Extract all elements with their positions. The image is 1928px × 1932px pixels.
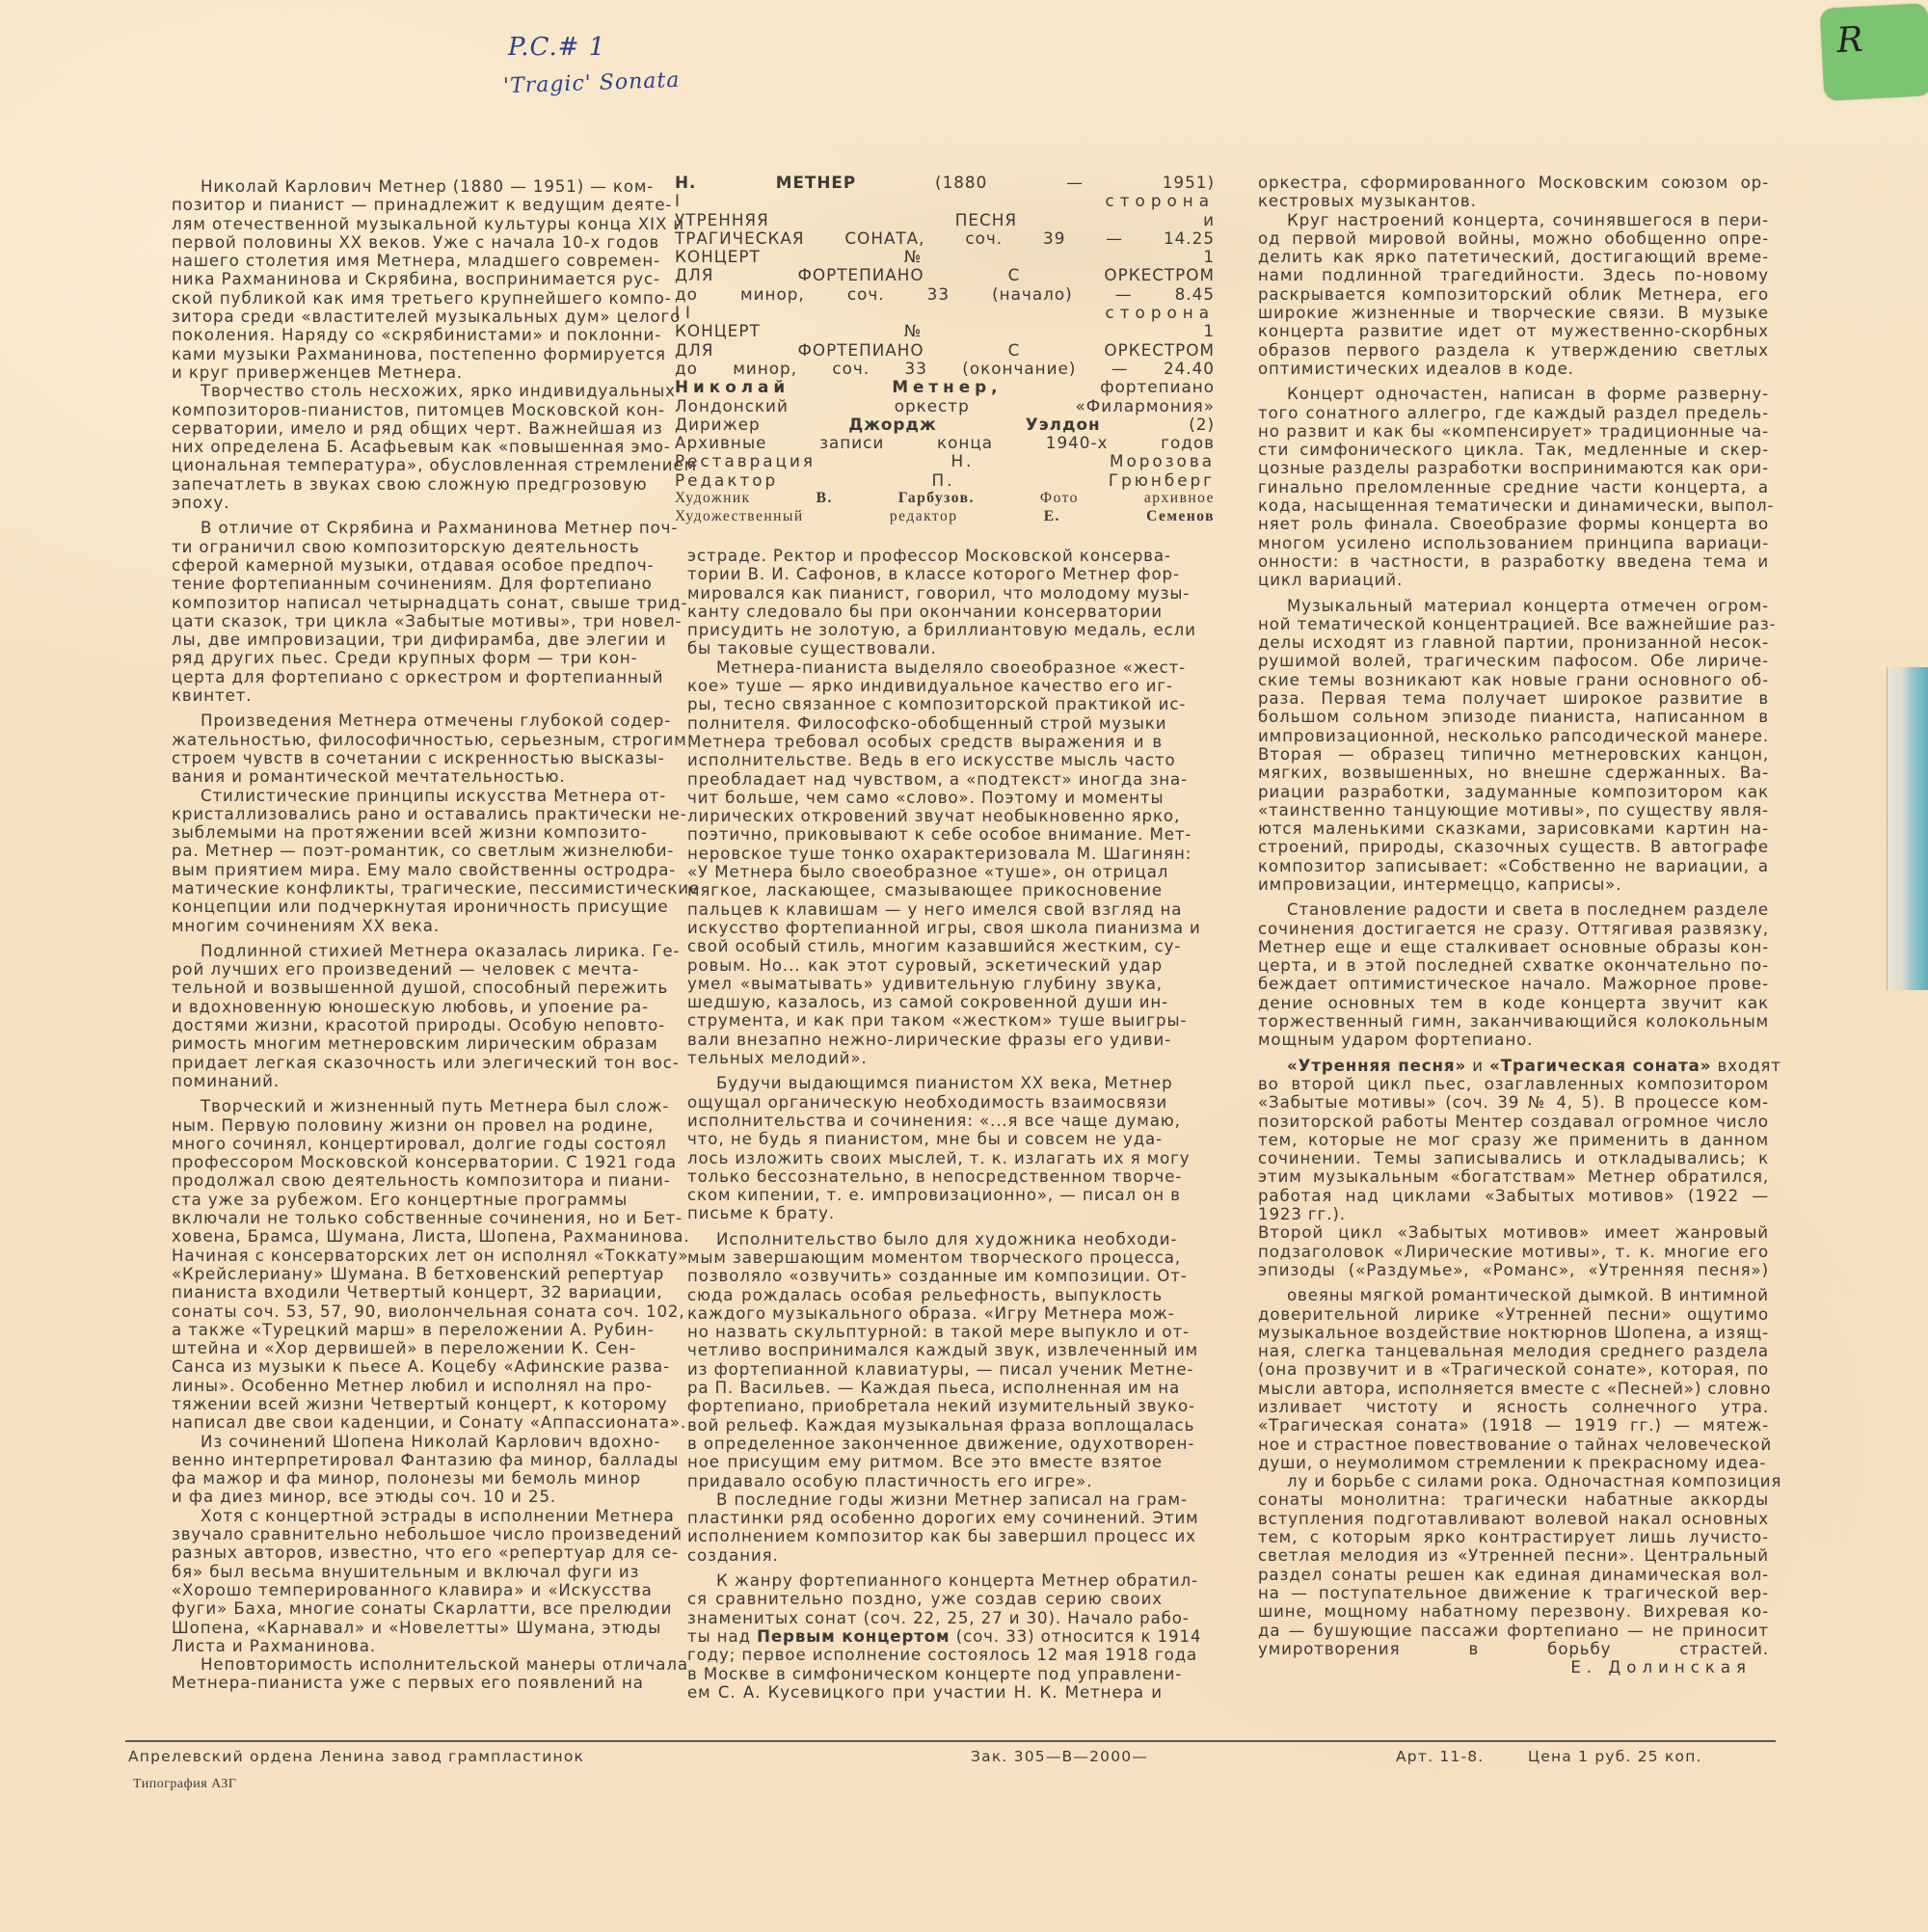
text-line: делы исходят из главной партии, пронизан… — [1258, 633, 1769, 652]
text-line: поэтично, приковывают к себе особое вним… — [687, 825, 1163, 844]
text-line: мощным ударом фортепиано. — [1258, 1031, 1769, 1049]
track-listing: Н. МЕТНЕР (1880 — 1951) I сторона УТРЕНН… — [675, 174, 1215, 527]
text-line: позволяло «озвучить» созданные им композ… — [687, 1267, 1163, 1285]
paragraph-gap — [1258, 1279, 1769, 1286]
text-line: ем С. А. Кусевицкого при участии Н. К. М… — [687, 1683, 1163, 1702]
text-line: ной тематической концентрацией. Все важн… — [1258, 615, 1769, 633]
editor-credit: Редактор П. Грюнберг — [675, 471, 1215, 490]
text-line: сферой камерной музыки, отдавая особое п… — [172, 556, 625, 575]
text-line: тение фортепианным сочинениям. Для форте… — [172, 575, 625, 593]
text-line: знаменитых сонат (соч. 22, 25, 27 и 30).… — [687, 1609, 1163, 1627]
art-editor-label: Художественный редактор — [675, 508, 1044, 524]
text-line: ряд других пьес. Среди крупных форм — тр… — [172, 649, 625, 667]
bold-phrase: «Утренняя песня» — [1287, 1057, 1466, 1075]
text-line: но назвать скульптурной: в такой мере вы… — [687, 1323, 1163, 1341]
text-line: ры, тесно связанное с композиторской пра… — [687, 695, 1163, 713]
text-line: серватории, имело и ряд общих черт. Важн… — [172, 419, 625, 438]
text-line: Листа и Рахманинова. — [172, 1637, 625, 1655]
text-line: сонаты монолитна: трагически набатные ак… — [1258, 1490, 1769, 1509]
tape-strip — [1887, 667, 1928, 990]
text-line: лям отечественной музыкальной культуры к… — [172, 215, 625, 233]
text-line: ском кипении, т. е. импровизационно», — … — [687, 1186, 1163, 1204]
text-line: К жанру фортепианного концерта Метнер об… — [687, 1571, 1163, 1590]
handwritten-note-pc1: P.C.# 1 — [508, 33, 605, 62]
text-line: души, о неумолимом стремлении к прекрасн… — [1258, 1454, 1769, 1472]
text-line: сонаты соч. 53, 57, 90, виолончельная со… — [172, 1302, 625, 1321]
text-line: ра. Метнер — поэт-романтик, со светлым ж… — [172, 842, 625, 860]
text-line: Шопена, «Карнавал» и «Новелетты» Шумана,… — [172, 1619, 625, 1637]
text-line: них определена Б. Асафьевым как «повышен… — [172, 438, 625, 456]
text-line: исполнительства и сочинения: «...я все ч… — [687, 1112, 1163, 1130]
text-line: во второй цикл пьес, озаглавленных компо… — [1258, 1075, 1769, 1093]
text-line: создания. — [687, 1546, 1163, 1565]
text-line: римость многим метнеровским лирическим о… — [172, 1034, 625, 1053]
text-line: пластинки ряд особенно дорогих ему сочин… — [687, 1509, 1163, 1527]
text-line: овеяны мягкой романтической дымкой. В ин… — [1258, 1286, 1769, 1304]
conductor-credit: Дирижер Джордж Уэлдон (2) — [675, 416, 1215, 434]
text-line: зитора среди «властителей музыкальных ду… — [172, 308, 625, 326]
paragraph-gap — [687, 1565, 1163, 1571]
artist-suffix: Фото архивное — [975, 490, 1215, 506]
text-line: написал две свои каденции, и Сонату «Апп… — [172, 1413, 625, 1432]
text-line: Неповторимость исполнительской манеры от… — [172, 1655, 625, 1674]
text-line: 1923 гг.). — [1258, 1205, 1769, 1223]
text-line: Становление радости и света в последнем … — [1258, 900, 1769, 919]
text-line: фа мажор и фа минор, полонезы ми бемоль … — [172, 1469, 625, 1488]
text-line: достями жизни, красотой природы. Особую … — [172, 1016, 625, 1034]
text-line: подзаголовок «Лирические мотивы», т. к. … — [1258, 1243, 1769, 1261]
text-line: разных авторов, известно, что его «репер… — [172, 1543, 625, 1562]
text-line: большом сольном эпизоде пианиста, написа… — [1258, 708, 1769, 726]
paragraph-gap — [687, 1223, 1163, 1230]
sticker-label: R — [1835, 20, 1863, 61]
paragraph-gap — [687, 1067, 1163, 1074]
text-line: что, не будь я пианистом, мне бы и совсе… — [687, 1130, 1163, 1148]
text-line: на — поступательное движение к трагическ… — [1258, 1584, 1769, 1602]
text-line: Метнера-пианиста выделяло своеобразное «… — [687, 658, 1163, 677]
text-line: и круг приверженцев Метнера. — [172, 363, 625, 382]
text-line: ное и страстное повествование о тайнах ч… — [1258, 1436, 1769, 1454]
text-line: эпоху. — [172, 494, 625, 512]
text-line: умиротворения в борьбу страстей. — [1258, 1640, 1769, 1658]
text-line: ховена, Брамса, Шумана, Листа, Шопена, Р… — [172, 1227, 625, 1246]
text-line: лирических откровений звучат необыкновен… — [687, 807, 1163, 825]
text-line: позитор и пианист — принадлежит к ведущи… — [172, 196, 625, 214]
performer-name: Николай Метнер, — [675, 377, 1003, 396]
text-line: тельной и возвышенной душой, способный п… — [172, 979, 625, 997]
text-line: много сочинял, концертировал, долгие год… — [172, 1135, 625, 1153]
conductor-label: Дирижер — [675, 415, 848, 434]
text-line: запечатлеть в звуках свою сложную предгр… — [172, 475, 625, 494]
text-line: раздел сонаты решен как единая динамичес… — [1258, 1566, 1769, 1584]
text-line: первой половины XX веков. Уже с начала 1… — [172, 233, 625, 252]
text-line: строений, природы, сказочных существ. В … — [1258, 838, 1769, 856]
text-line: да — бушующие пассажи фортепиано — не пр… — [1258, 1622, 1769, 1640]
author-signature: Е. Долинская — [1258, 1658, 1769, 1677]
text-line: мировался как пианист, говорил, что моло… — [687, 584, 1163, 603]
text-line: Хотя с концертной эстрады в исполнении М… — [172, 1507, 625, 1525]
text-line: ное присущим ему ритмом. Все это вместе … — [687, 1453, 1163, 1471]
text-line: нашего столетия имя Метнера, младшего со… — [172, 252, 625, 270]
printer-label: Типография АЗГ — [133, 1777, 237, 1792]
text-line: оптимистических идеалов в коде. — [1258, 360, 1769, 378]
text-line: рушимой волей, трагическим пафосом. Обе … — [1258, 652, 1769, 670]
text-line: канту следовало бы при окончании консерв… — [687, 603, 1163, 621]
text-line: музыкальное воздействие ноктюрнов Шопена… — [1258, 1324, 1769, 1342]
text-line: в Москве в симфоническом концерте под уп… — [687, 1665, 1163, 1683]
text-line: концерта развитие идет от мужественно-ск… — [1258, 322, 1769, 340]
text-line: риации разработки, задуманные композитор… — [1258, 783, 1769, 801]
text-line: сочинении. Темы записывались и откладыва… — [1258, 1149, 1769, 1167]
text-line: ской публикой как имя третьего крупнейше… — [172, 289, 625, 308]
side1-track2-line2: ДЛЯ ФОРТЕПИАНО С ОРКЕСТРОМ — [675, 266, 1215, 284]
text-line: образов первого раздела к утверждению св… — [1258, 341, 1769, 360]
text-line: тельных мелодий». — [687, 1049, 1163, 1067]
text-line: светлая мелодия из «Утренней песни». Цен… — [1258, 1546, 1769, 1565]
text-line: тем, с которым ярко контрастирует лишь л… — [1258, 1528, 1769, 1546]
text-line: В отличие от Скрябина и Рахманинова Метн… — [172, 519, 625, 537]
article-number: Арт. 11-8. — [1396, 1748, 1484, 1765]
text-line: эпизоды («Раздумье», «Романс», «Утренняя… — [1258, 1261, 1769, 1279]
text-line: ста уже за рубежом. Его концертные прогр… — [172, 1191, 625, 1209]
text-line: «таинственно танцующие мотивы», по сущес… — [1258, 801, 1769, 819]
text-line: Подлинной стихией Метнера оказалась лири… — [172, 942, 625, 960]
text-line: Творческий и жизненный путь Метнера был … — [172, 1097, 625, 1115]
text-line: цати сказок, три цикла «Забытые мотивы»,… — [172, 612, 625, 631]
text-line: чит больше, чем само «слово». Поэтому и … — [687, 789, 1163, 807]
artist-label: Художник — [675, 490, 817, 506]
text-line: композиторов-пианистов, питомцев Московс… — [172, 401, 625, 419]
composer-years: (1880 — 1951) — [856, 173, 1215, 192]
text-line: ника Рахманинова и Скрябина, воспринимае… — [172, 270, 625, 288]
text-line: сти симфонического цикла. Так, медленные… — [1258, 441, 1769, 459]
text-line: матические конфликты, трагические, песси… — [172, 879, 625, 898]
paragraph-gap — [1258, 378, 1769, 385]
text-line: композитор записывает: «Собственно не ва… — [1258, 857, 1769, 875]
conductor-name: Джордж Уэлдон — [848, 415, 1100, 434]
text-line: но развит и как бы «компенсирует» традиц… — [1258, 422, 1769, 441]
text-line: мысли автора, исполняется вместе с «Песн… — [1258, 1380, 1769, 1398]
text-line: исполнительстве. Ведь в его искусстве мы… — [687, 751, 1163, 769]
paragraph-gap — [1258, 590, 1769, 597]
text-line: вания и романтической мечтательностью. — [172, 767, 625, 786]
text-line: ным. Первую половину жизни он провел на … — [172, 1116, 625, 1135]
text-line: зыблемыми на протяжении всей жизни компо… — [172, 823, 625, 842]
text-line: умел «выматывать» удивительную глубину з… — [687, 975, 1163, 993]
text-line: «У Метнера было своеобразное «туше», он … — [687, 863, 1163, 881]
text-line: лу и борьбе с силами рока. Одночастная к… — [1258, 1472, 1769, 1490]
publisher-label: Апрелевский ордена Ленина завод грамплас… — [128, 1748, 584, 1765]
text-line: ощущал органическую необходимость взаимо… — [687, 1093, 1163, 1112]
text-line: гинально преломленные средние части конц… — [1258, 478, 1769, 496]
text-line: поколения. Наряду со «скрябинистами» и п… — [172, 326, 625, 344]
text-line: кода, насыщенная тематически и динамичес… — [1258, 496, 1769, 515]
text-line: Метнера требовал особых средств выражени… — [687, 733, 1163, 751]
text-line: циональная температура», обусловленная с… — [172, 456, 625, 474]
text-line: полнителя. Философско-обобщенный строй м… — [687, 714, 1163, 733]
text-line: концепции или подчеркнутая ироничность п… — [172, 898, 625, 916]
text-line: вой рельеф. Каждая музыкальная фраза воп… — [687, 1416, 1163, 1435]
text-line: струмента, и как при таком «жестком» туш… — [687, 1011, 1163, 1030]
text-line: лось изложить своих мыслей, т. к. излага… — [687, 1149, 1163, 1167]
text-line: и фа диез минор, все этюды соч. 10 и 25. — [172, 1488, 625, 1506]
text-line: вступления подготавливают волевой накал … — [1258, 1510, 1769, 1528]
text-line: в определенное законченное движение, оду… — [687, 1435, 1163, 1453]
text-line: ские темы возникают как новые грани осно… — [1258, 671, 1769, 689]
text-line: ная, слегка танцевальная мелодия среднег… — [1258, 1342, 1769, 1360]
text-fragment: и — [1466, 1057, 1489, 1075]
text-line: ками музыки Рахманинова, постепенно форм… — [172, 345, 625, 363]
text-line: доверительной лирике «Утренней песни» ощ… — [1258, 1305, 1769, 1324]
text-line: (она прозвучит и в «Трагической сонате»,… — [1258, 1360, 1769, 1379]
side1-track1-line1: УТРЕННЯЯ ПЕСНЯ и — [675, 211, 1215, 229]
text-line: Вторая — образец типично метнеровских ка… — [1258, 745, 1769, 764]
restoration-credit: Реставрация Н. Морозова — [675, 452, 1215, 470]
text-line: преобладает над чувством, а «подтекст» и… — [687, 770, 1163, 789]
side1-track2-line1: КОНЦЕРТ № 1 — [675, 248, 1215, 266]
text-line: квинтет. — [172, 686, 625, 705]
green-sticker: R — [1820, 3, 1928, 101]
performer-role: фортепиано — [1003, 377, 1216, 396]
text-line: звучало сравнительно небольшое число про… — [172, 1525, 625, 1543]
side2-track1-line3: до минор, соч. 33 (окончание) — 24.40 — [675, 360, 1215, 378]
text-line: широкие жизненные и творческие связи. В … — [1258, 304, 1769, 322]
text-line: Метнер еще и еще сталкивает основные обр… — [1258, 938, 1769, 956]
text-line: тяжении всей жизни Четвертый концерт, к … — [172, 1395, 625, 1413]
artist-credit: Художник В. Гарбузов. Фото архивное — [675, 490, 1215, 508]
text-line: штейна и «Хор дервишей» в переложении К.… — [172, 1339, 625, 1357]
text-line: включали не только собственные сочинения… — [172, 1209, 625, 1227]
text-line: тории В. И. Сафонов, в классе которого М… — [687, 565, 1163, 583]
text-line: лины». Особенно Метнер любил и исполнял … — [172, 1377, 625, 1395]
text-line: изливает чистоту и ясность солнечного ут… — [1258, 1398, 1769, 1416]
text-line: неровское туше тонко охарактеризовала М.… — [687, 845, 1163, 863]
text-line: Стилистические принципы искусства Метнер… — [172, 787, 625, 805]
text-line: импровизации, интермеццо, каприсы». — [1258, 875, 1769, 894]
text-line: оркестра, сформированного Московским сою… — [1258, 174, 1769, 192]
text-line: церта, и в этой последней схватке оконча… — [1258, 956, 1769, 975]
text-line: мягких, возвышенных, но внешне сдержанны… — [1258, 764, 1769, 782]
text-line: «Трагическая соната» (1918 — 1919 гг.) —… — [1258, 1416, 1769, 1435]
text-line: работая над циклами «Забытых мотивов» (1… — [1258, 1187, 1769, 1205]
text-line: жательностью, философичностью, серьезным… — [172, 731, 625, 749]
text-line: композитор написал четырнадцать сонат, с… — [172, 594, 625, 612]
left-text-column: Николай Карлович Метнер (1880 — 1951) — … — [172, 177, 625, 1693]
paragraph-gap — [1258, 1050, 1769, 1057]
text-line: Произведения Метнера отмечены глубокой с… — [172, 711, 625, 730]
bold-phrase: «Трагическая соната» — [1489, 1057, 1711, 1075]
text-line: а также «Турецкий марш» в переложении А.… — [172, 1321, 625, 1339]
text-line: лы, две импровизации, три дифирамба, две… — [172, 631, 625, 649]
text-line: позиторской работы Ментер создавал огром… — [1258, 1113, 1769, 1131]
text-line: пианиста входили Четвертый концерт, 32 в… — [172, 1283, 625, 1301]
text-line: сочинения достигается не сразу. Оттягива… — [1258, 920, 1769, 938]
text-line: Второй цикл «Забытых мотивов» имеет жанр… — [1258, 1223, 1769, 1242]
text-line: рой лучших его произведений — человек с … — [172, 960, 625, 979]
text-line: Будучи выдающимся пианистом XX века, Мет… — [687, 1074, 1163, 1092]
text-line: придавало особую пластичность его игре». — [687, 1472, 1163, 1490]
text-line: Исполнительство было для художника необх… — [687, 1230, 1163, 1248]
text-line: этим музыкальным «богатствам» Метнер обр… — [1258, 1167, 1769, 1186]
text-line: многим сочинениям XX века. — [172, 917, 625, 935]
text-line: мягкое, ласкающее, смазывающее прикоснов… — [687, 881, 1163, 899]
text-line: из фортепианной клавиатуры, — писал учен… — [687, 1360, 1163, 1379]
text-line: ра П. Васильев. — Каждая пьеса, исполнен… — [687, 1379, 1163, 1397]
conductor-suffix: (2) — [1101, 415, 1215, 434]
text-line: мым завершающим моментом творческого про… — [687, 1248, 1163, 1267]
text-line: фуги» Баха, многие сонаты Скарлатти, все… — [172, 1599, 625, 1618]
text-line: письме к брату. — [687, 1204, 1163, 1222]
footer-divider — [125, 1740, 1776, 1742]
text-line: вали внезапно нежно-лирические фразы его… — [687, 1031, 1163, 1049]
text-line: «Крейслериану» Шумана. В бетховенский ре… — [172, 1265, 625, 1283]
text-line: нами подлинной трагедийности. Здесь по-н… — [1258, 266, 1769, 284]
text-line: вым приятием мира. Ему мало свойственны … — [172, 861, 625, 879]
text-line: Начиная с консерваторских лет он исполня… — [172, 1247, 625, 1265]
text-line: свой особый стиль, многим казавшийся жес… — [687, 937, 1163, 955]
text-line: только бессознательно, в непосредственно… — [687, 1167, 1163, 1186]
text-fragment: ты над — [687, 1627, 757, 1646]
handwritten-note-tragic-sonata: 'Tragic' Sonata — [503, 68, 681, 98]
text-line: бы таковые существовали. — [687, 639, 1163, 657]
middle-text-column: эстраде. Ректор и профессор Московской к… — [687, 547, 1163, 1702]
text-line: беждает оптимистическое начало. Мажорное… — [1258, 975, 1769, 993]
orchestra-credit: Лондонский оркестр «Филармония» — [675, 397, 1215, 416]
price-label: Цена 1 руб. 25 коп. — [1528, 1748, 1702, 1765]
text-line: Из сочинений Шопена Николай Карлович вдо… — [172, 1433, 625, 1451]
text-fragment: (соч. 33) относится к 1914 — [951, 1627, 1202, 1646]
text-line: цозные разделы разработки воспринимаются… — [1258, 459, 1769, 477]
text-line: кое» туше — ярко индивидуальное качество… — [687, 677, 1163, 695]
text-line: четливо воспринимался каждый звук, извле… — [687, 1341, 1163, 1359]
text-line: многом усилено использованием принципа в… — [1258, 534, 1769, 552]
paragraph-gap — [172, 705, 625, 711]
text-line: Николай Карлович Метнер (1880 — 1951) — … — [172, 177, 625, 196]
paragraph-gap — [172, 512, 625, 519]
text-line: няет роль финала. Своеобразие формы конц… — [1258, 515, 1769, 533]
text-line: Круг настроений концерта, сочинявшегося … — [1258, 211, 1769, 229]
text-line: сюда рождалась особая рельефность, выпук… — [687, 1286, 1163, 1304]
text-line: пальцев к клавишам — у него имелся свой … — [687, 900, 1163, 919]
text-line: ся сравнительно поздно, уже создав серию… — [687, 1590, 1163, 1608]
text-line: торжественный гимн, заканчивающийся коло… — [1258, 1012, 1769, 1031]
text-line: эстраде. Ректор и профессор Московской к… — [687, 547, 1163, 565]
text-line: ты над Первым концертом (соч. 33) относи… — [687, 1627, 1163, 1646]
text-line: искусство фортепианной игры, своя школа … — [687, 919, 1163, 937]
side2-track1-line1: КОНЦЕРТ № 1 — [675, 322, 1215, 340]
text-line: шедшую, казалось, из самой сокровенной д… — [687, 993, 1163, 1011]
text-line: того сонатного аллегро, где каждый разде… — [1258, 404, 1769, 422]
text-line: ровым. Но... как этот суровый, эскетичес… — [687, 956, 1163, 975]
art-editor-credit: Художественный редактор Е. Семенов — [675, 508, 1215, 526]
text-line: Музыкальный материал концерта отмечен ог… — [1258, 597, 1769, 615]
text-line: каждого музыкального образа. «Игру Метне… — [687, 1304, 1163, 1323]
order-number: Зак. 305—В—2000— — [971, 1748, 1148, 1765]
text-line: «Хорошо темперированного клавира» и «Иск… — [172, 1581, 625, 1599]
right-text-column: оркестра, сформированного Московским сою… — [1258, 174, 1769, 1677]
text-line: и вдохновенную юношескую любовь, и упоен… — [172, 998, 625, 1016]
composer-name: Н. МЕТНЕР — [675, 173, 856, 192]
text-line: поминаний. — [172, 1072, 625, 1090]
side1-track1-line2: ТРАГИЧЕСКАЯ СОНАТА, соч. 39 — 14.25 — [675, 229, 1215, 248]
text-line: раскрывается композиторский облик Метнер… — [1258, 285, 1769, 304]
text-line: делить как ярко патетический, достигающи… — [1258, 248, 1769, 266]
text-line: импровизационной, несколько рапсодическо… — [1258, 727, 1769, 745]
paragraph-gap — [1258, 894, 1769, 900]
text-fragment: входят — [1711, 1057, 1781, 1075]
text-line: церта для фортепиано с оркестром и форте… — [172, 668, 625, 686]
side1-track2-line3: до минор, соч. 33 (начало) — 8.45 — [675, 285, 1215, 304]
text-line: Концерт одночастен, написан в форме разв… — [1258, 385, 1769, 403]
text-line: тем, которые не мог сразу же применить в… — [1258, 1131, 1769, 1149]
performer-credit: Николай Метнер, фортепиано — [675, 378, 1215, 396]
side-1-label: I сторона — [675, 192, 1215, 210]
text-line: раза. Первая тема получает широкое разви… — [1258, 689, 1769, 708]
text-line: кестровых музыкантов. — [1258, 192, 1769, 210]
text-line: году; первое исполнение состоялось 12 ма… — [687, 1646, 1163, 1664]
text-line: Санса из музыки к пьесе А. Коцебу «Афинс… — [172, 1357, 625, 1376]
text-line: Творчество столь несхожих, ярко индивиду… — [172, 382, 625, 400]
text-line: бя» был весьма внушительным и включал фу… — [172, 1563, 625, 1581]
bold-phrase: Первым концертом — [757, 1627, 950, 1646]
text-line: продолжал свою деятельность композитора … — [172, 1171, 625, 1190]
text-line: придает легкая сказочность или элегическ… — [172, 1054, 625, 1072]
text-line: дение основных тем в коде концерта звучи… — [1258, 994, 1769, 1012]
text-line: «Утренняя песня» и «Трагическая соната» … — [1258, 1057, 1769, 1075]
text-line: од первой мировой войны, можно обобщенно… — [1258, 229, 1769, 248]
paragraph-gap — [172, 1090, 625, 1097]
text-line: шине, мощному набатному перезвону. Вихре… — [1258, 1602, 1769, 1621]
archive-note: Архивные записи конца 1940-х годов — [675, 434, 1215, 452]
text-line: онности: в частности, в разработку введе… — [1258, 552, 1769, 571]
album-title: Н. МЕТНЕР (1880 — 1951) — [675, 174, 1215, 192]
text-line: строем чувств в сочетании с искренностью… — [172, 749, 625, 767]
side2-track1-line2: ДЛЯ ФОРТЕПИАНО С ОРКЕСТРОМ — [675, 341, 1215, 360]
text-line: ются маленькими сказками, зарисовками ка… — [1258, 819, 1769, 838]
text-line: присудить не золотую, а бриллиантовую ме… — [687, 621, 1163, 639]
artist-name: В. Гарбузов. — [817, 490, 975, 506]
text-line: исполнением композитор как бы завершил п… — [687, 1527, 1163, 1545]
paragraph-gap — [172, 935, 625, 942]
text-line: кристаллизовались рано и оставались прак… — [172, 805, 625, 823]
text-line: цикл вариаций. — [1258, 571, 1769, 589]
text-line: венно интерпретировал Фантазию фа минор,… — [172, 1451, 625, 1469]
text-line: фортепиано, приобретала некий изумительн… — [687, 1397, 1163, 1415]
text-line: В последние годы жизни Метнер записал на… — [687, 1490, 1163, 1509]
text-line: «Забытые мотивы» (соч. 39 № 4, 5). В про… — [1258, 1093, 1769, 1112]
art-editor-name: Е. Семенов — [1044, 508, 1215, 524]
text-line: профессором Московской консерватории. С … — [172, 1153, 625, 1171]
text-line: ти ограничил свою композиторскую деятель… — [172, 538, 625, 556]
text-line: Метнера-пианиста уже с первых его появле… — [172, 1674, 625, 1692]
side-2-label: II сторона — [675, 304, 1215, 322]
